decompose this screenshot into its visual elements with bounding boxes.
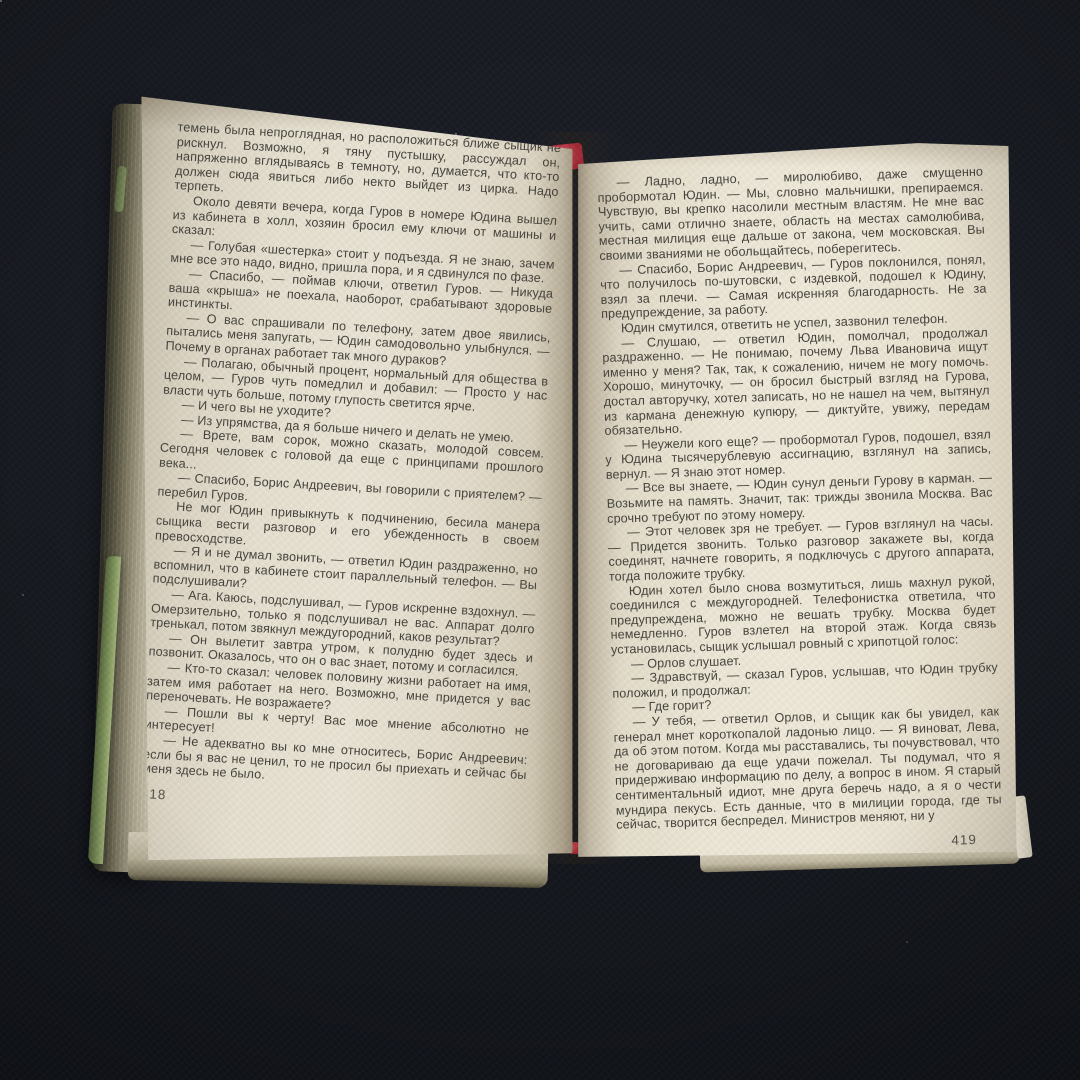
paragraph: Юдин хотел было снова возмутиться, лишь … (609, 573, 997, 657)
page-418-paragraphs: темень была непроглядная, но расположить… (142, 120, 562, 797)
paragraph: — Слушаю, — ответил Юдин, помолчал, прод… (602, 325, 991, 439)
page-418-text: темень была непроглядная, но расположить… (141, 120, 562, 822)
book-page-419: — Ладно, ладно, — миролюбиво, даже смуще… (570, 138, 1022, 862)
paragraph: — У тебя, — ответил Орлов, и сыщик как б… (613, 704, 1002, 832)
page-419-paragraphs: — Ладно, ладно, — миролюбиво, даже смуще… (597, 165, 1002, 833)
photo-background: темень была непроглядная, но расположить… (0, 0, 1080, 1080)
paragraph: — Ладно, ладно, — миролюбиво, даже смуще… (597, 165, 985, 264)
page-419-text: — Ладно, ладно, — миролюбиво, даже смуще… (597, 165, 1003, 858)
book-page-418: темень была непроглядная, но расположить… (128, 92, 576, 864)
fabric-speckles (0, 0, 2, 2)
